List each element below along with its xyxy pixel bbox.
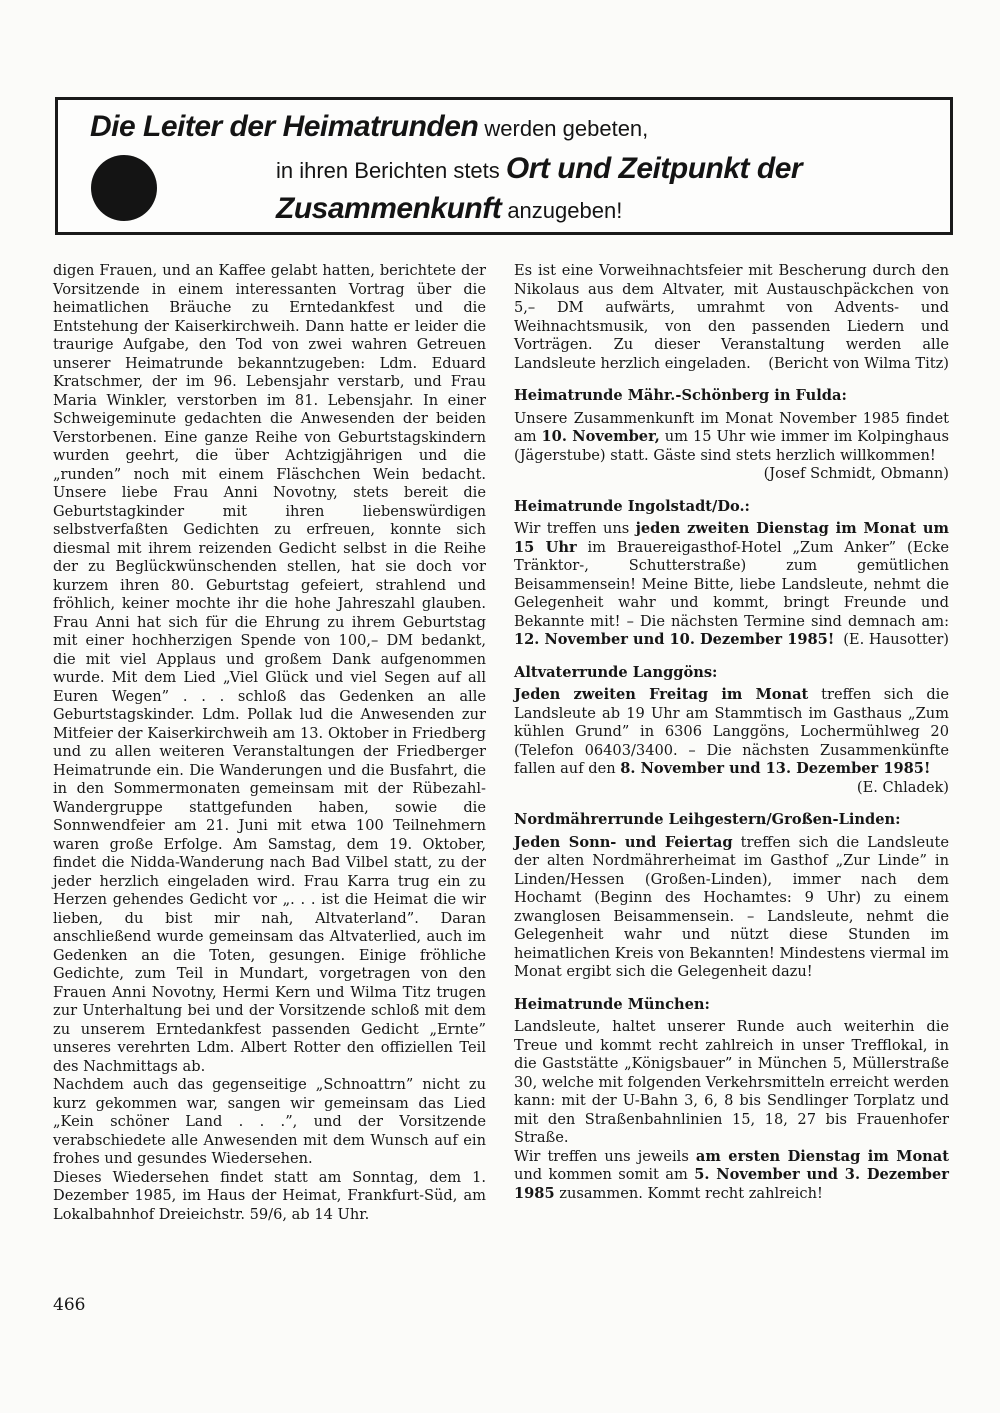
notice-line-1: Die Leiter der Heimatrunden werden gebet… [90, 110, 648, 144]
paragraph: Dieses Wiedersehen findet statt am Sonnt… [53, 1169, 486, 1225]
section-heading: Heimatrunde München: [514, 996, 949, 1015]
text: zusammen. Kommt recht zahlreich! [555, 1185, 823, 1202]
bold-text: 10. November, [542, 428, 660, 445]
intro-paragraph: Es ist eine Vorweihnachtsfeier mit Besch… [514, 262, 949, 373]
byline: (Bericht von Wilma Titz) [768, 355, 949, 374]
section-body: Unsere Zusammenkunft im Monat November 1… [514, 410, 949, 466]
paragraph: digen Frauen, und an Kaffee gelabt hatte… [53, 262, 486, 1076]
section-body: Wir treffen uns jeweils am ersten Dienst… [514, 1148, 949, 1204]
section-heading: Nordmährerrunde Leihgestern/Großen-Linde… [514, 811, 949, 830]
text: im Brauereigasthof-Hotel „Zum Anker” (Ec… [514, 539, 949, 630]
section-heading: Heimatrunde Mähr.-Schönberg in Fulda: [514, 387, 949, 406]
byline: (Josef Schmidt, Obmann) [764, 465, 949, 484]
notice-emphasis: Die Leiter der Heimatrunden [90, 110, 478, 143]
section-body: Jeden zweiten Freitag im Monat treffen s… [514, 686, 949, 779]
byline: (E. Chladek) [857, 779, 949, 798]
right-column: Es ist eine Vorweihnachtsfeier mit Besch… [514, 262, 949, 1203]
bullet-circle-icon [91, 155, 157, 221]
notice-line-3: Zusammenkunft anzugeben! [276, 192, 622, 226]
bold-text: Jeden zweiten Freitag im Monat [514, 686, 808, 703]
section-heading: Heimatrunde Ingolstadt/Do.: [514, 498, 949, 517]
section-body: Landsleute, haltet unserer Runde auch we… [514, 1018, 949, 1148]
notice-emphasis: Ort und Zeitpunkt der [506, 152, 802, 185]
notice-line-2: in ihren Berichten stets Ort und Zeitpun… [276, 152, 802, 186]
text: treffen sich die Landsleute der alten No… [514, 834, 949, 981]
bold-text: am ersten Dienstag im Monat [696, 1148, 949, 1165]
paragraph: Nachdem auch das gegenseitige „Schnoattr… [53, 1076, 486, 1169]
left-column: digen Frauen, und an Kaffee gelabt hatte… [53, 262, 486, 1224]
section-heading: Altvaterrunde Langgöns: [514, 664, 949, 683]
text: Wir treffen uns jeweils [514, 1148, 696, 1165]
text: Wir treffen uns [514, 520, 636, 537]
bold-text: Jeden Sonn- und Feiertag [514, 834, 733, 851]
notice-text: werden gebeten, [478, 116, 648, 141]
page-number: 466 [53, 1295, 85, 1315]
byline: (E. Hausotter) [843, 631, 949, 650]
section-body: Jeden Sonn- und Feiertag treffen sich di… [514, 834, 949, 982]
notice-emphasis: Zusammenkunft [276, 192, 501, 225]
text: und kommen somit am [514, 1166, 694, 1183]
notice-box: Die Leiter der Heimatrunden werden gebet… [55, 97, 953, 235]
bold-text: 8. November und 13. Dezember 1985! [620, 760, 930, 777]
section-body: Wir treffen uns jeden zweiten Dienstag i… [514, 520, 949, 650]
notice-text: anzugeben! [501, 198, 622, 223]
bold-text: 12. November und 10. Dezember 1985! [514, 631, 834, 648]
notice-text: in ihren Berichten stets [276, 158, 506, 183]
